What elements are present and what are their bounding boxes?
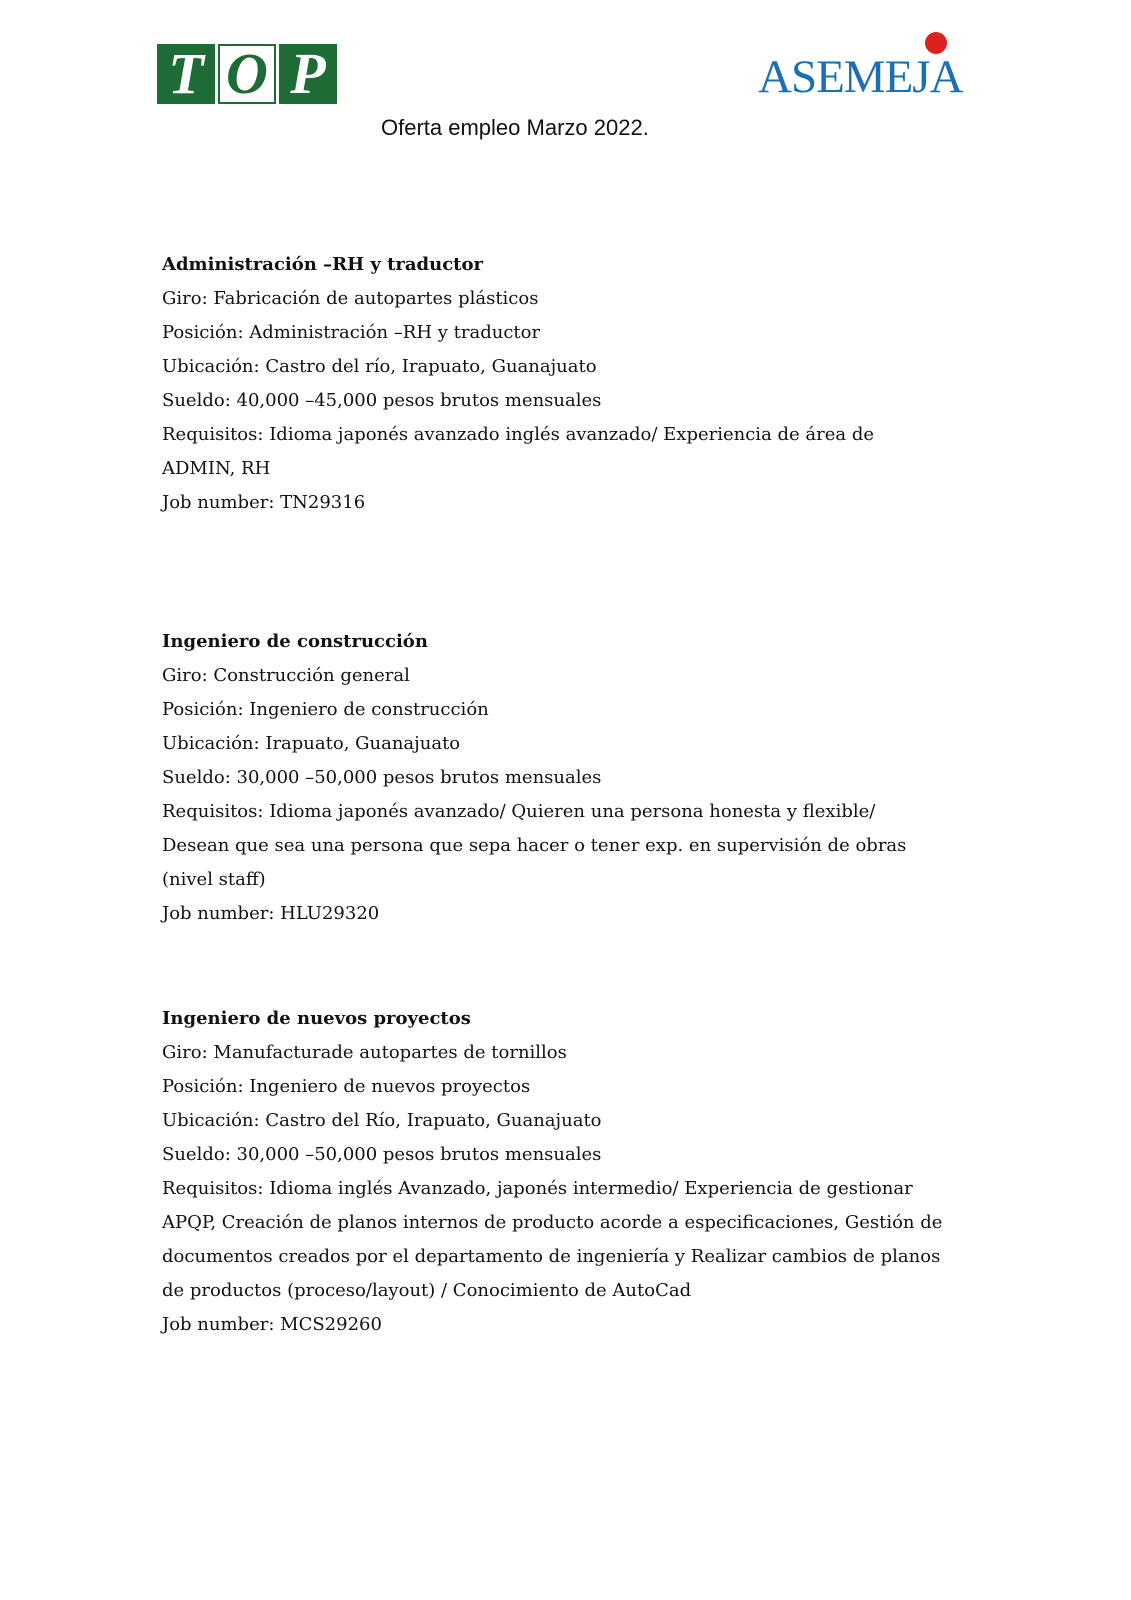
top-logo-letter-o: O: [218, 44, 276, 104]
job-field-posicion: Posición: Administración –RH y traductor: [162, 316, 962, 350]
field-label: Job number:: [162, 1314, 274, 1335]
field-label: Giro:: [162, 665, 208, 686]
job-listing: Ingeniero de nuevos proyectos Giro: Manu…: [162, 1002, 962, 1342]
field-value: MCS29260: [280, 1314, 382, 1335]
job-field-job-number: Job number: MCS29260: [162, 1308, 962, 1342]
top-logo-letter-p: P: [279, 44, 337, 104]
field-label: Ubicación:: [162, 733, 260, 754]
job-field-giro: Giro: Construcción general: [162, 659, 962, 693]
job-field-requisitos: Requisitos: Idioma inglés Avanzado, japo…: [162, 1172, 952, 1308]
field-label: Ubicación:: [162, 1110, 260, 1131]
field-label: Requisitos:: [162, 801, 263, 822]
field-label: Giro:: [162, 1042, 208, 1063]
job-field-ubicacion: Ubicación: Irapuato, Guanajuato: [162, 727, 962, 761]
job-heading: Administración –RH y traductor: [162, 248, 962, 282]
field-label: Requisitos:: [162, 1178, 263, 1199]
field-value: Administración –RH y traductor: [249, 322, 540, 343]
field-value: Idioma japonés avanzado/ Quieren una per…: [162, 801, 906, 890]
job-field-job-number: Job number: TN29316: [162, 486, 962, 520]
field-value: Idioma japonés avanzado inglés avanzado/…: [162, 424, 874, 479]
job-field-giro: Giro: Fabricación de autopartes plástico…: [162, 282, 962, 316]
job-field-ubicacion: Ubicación: Castro del Río, Irapuato, Gua…: [162, 1104, 962, 1138]
field-value: Construcción general: [213, 665, 409, 686]
field-label: Giro:: [162, 288, 208, 309]
field-label: Posición:: [162, 699, 244, 720]
field-label: Sueldo:: [162, 1144, 231, 1165]
job-field-job-number: Job number: HLU29320: [162, 897, 962, 931]
field-value: Castro del Río, Irapuato, Guanajuato: [265, 1110, 601, 1131]
job-field-posicion: Posición: Ingeniero de construcción: [162, 693, 962, 727]
field-label: Posición:: [162, 1076, 244, 1097]
top-logo-letter-t: T: [157, 44, 215, 104]
field-value: Idioma inglés Avanzado, japonés intermed…: [162, 1178, 942, 1301]
field-label: Job number:: [162, 492, 274, 513]
field-value: 30,000 –50,000 pesos brutos mensuales: [237, 767, 602, 788]
job-field-giro: Giro: Manufacturade autopartes de tornil…: [162, 1036, 962, 1070]
job-listing: Administración –RH y traductor Giro: Fab…: [162, 248, 962, 520]
field-value: 30,000 –50,000 pesos brutos mensuales: [237, 1144, 602, 1165]
field-value: Ingeniero de nuevos proyectos: [249, 1076, 530, 1097]
job-heading: Ingeniero de nuevos proyectos: [162, 1002, 962, 1036]
job-field-sueldo: Sueldo: 40,000 –45,000 pesos brutos mens…: [162, 384, 962, 418]
field-label: Posición:: [162, 322, 244, 343]
job-heading: Ingeniero de construcción: [162, 625, 962, 659]
field-label: Sueldo:: [162, 767, 231, 788]
field-label: Ubicación:: [162, 356, 260, 377]
field-label: Sueldo:: [162, 390, 231, 411]
job-field-sueldo: Sueldo: 30,000 –50,000 pesos brutos mens…: [162, 1138, 962, 1172]
field-label: Requisitos:: [162, 424, 263, 445]
job-field-requisitos: Requisitos: Idioma japonés avanzado ingl…: [162, 418, 922, 486]
asemeja-logo-text: ASEMEJA: [758, 50, 963, 104]
field-value: HLU29320: [280, 903, 379, 924]
field-label: Job number:: [162, 903, 274, 924]
field-value: Ingeniero de construcción: [249, 699, 488, 720]
document-title: Oferta empleo Marzo 2022.: [381, 115, 649, 141]
job-listing: Ingeniero de construcción Giro: Construc…: [162, 625, 962, 931]
field-value: Irapuato, Guanajuato: [265, 733, 460, 754]
field-value: TN29316: [280, 492, 365, 513]
field-value: 40,000 –45,000 pesos brutos mensuales: [237, 390, 602, 411]
field-value: Castro del río, Irapuato, Guanajuato: [265, 356, 596, 377]
job-field-ubicacion: Ubicación: Castro del río, Irapuato, Gua…: [162, 350, 962, 384]
asemeja-logo: ASEMEJA: [758, 30, 978, 110]
job-field-requisitos: Requisitos: Idioma japonés avanzado/ Qui…: [162, 795, 922, 897]
job-field-posicion: Posición: Ingeniero de nuevos proyectos: [162, 1070, 962, 1104]
field-value: Manufacturade autopartes de tornillos: [213, 1042, 567, 1063]
job-field-sueldo: Sueldo: 30,000 –50,000 pesos brutos mens…: [162, 761, 962, 795]
top-logo: T O P: [157, 44, 337, 104]
field-value: Fabricación de autopartes plásticos: [213, 288, 538, 309]
